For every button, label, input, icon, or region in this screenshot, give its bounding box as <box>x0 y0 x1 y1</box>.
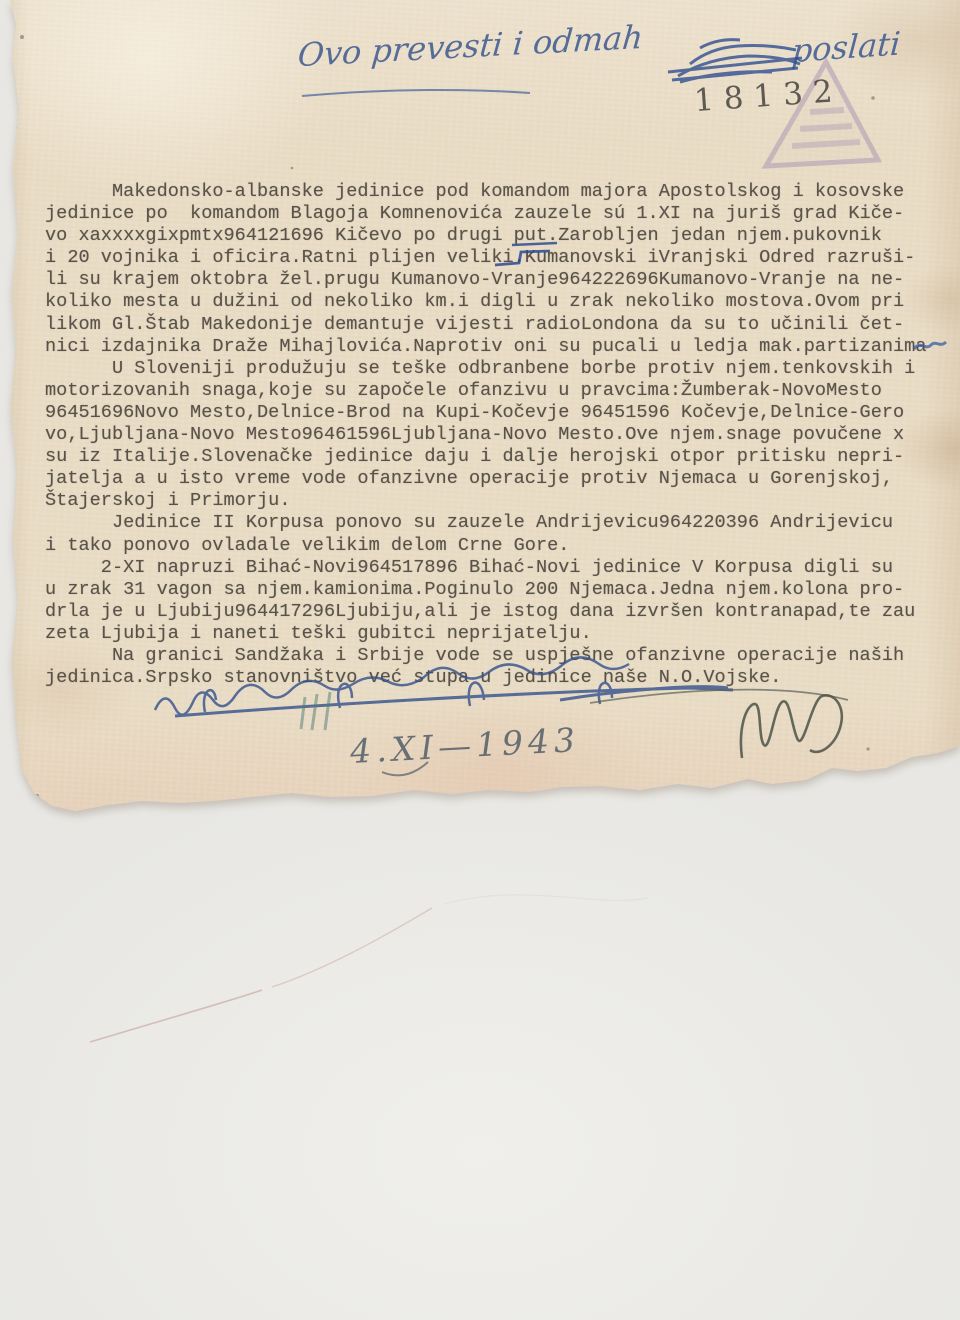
top-annotation-text-right: poslati <box>791 24 902 70</box>
typed-line: jatelja a u isto vreme vode ofanzivne op… <box>45 468 927 490</box>
typed-line: motorizovanih snaga,koje su započele ofa… <box>45 380 927 402</box>
document-sheet-wrap: 18132 Ovo prevesti i odmah poslati Maked… <box>0 0 960 1320</box>
typed-line: u zrak 31 vagon sa njem.kamionima.Poginu… <box>45 579 927 601</box>
typed-line: vo xaxxxxgixpmtx964121696 Kičevo po drug… <box>45 225 927 247</box>
typed-line: jedinica.Srpsko stanovništvo već stupa u… <box>45 667 927 689</box>
typed-line: 96451696Novo Mesto,Delnice-Brod na Kupi-… <box>45 402 927 424</box>
typed-line: Štajerskoj i Primorju. <box>45 490 927 512</box>
signature-flourish <box>590 690 848 758</box>
top-annotation-text-left: Ovo prevesti i odmah <box>296 18 644 74</box>
typed-line: likom Gl.Štab Makedonije demantuje vijes… <box>45 314 927 336</box>
typed-line: 2-XI napruzi Bihać-Novi964517896 Bihać-N… <box>45 557 927 579</box>
typed-line: Jedinice II Korpusa ponovo su zauzele An… <box>45 512 927 534</box>
typed-line: koliko mesta u dužini od nekoliko km.i d… <box>45 291 927 313</box>
typed-line: jedinice po komandom Blagoja Komnenovića… <box>45 203 927 225</box>
typewritten-text: Makedonsko-albanske jedinice pod komando… <box>45 181 927 689</box>
typed-line: su iz Italije.Slovenačke jedinice daju i… <box>45 446 927 468</box>
typed-line: zeta Ljubija i naneti teški gubitci nepr… <box>45 623 927 645</box>
crossout-scribble-top <box>668 40 802 82</box>
typed-line: U Sloveniji produžuju se teške odbranben… <box>45 358 927 380</box>
typed-line: i 20 vojnika i oficira.Ratni plijen veli… <box>45 247 927 269</box>
typed-line: li su krajem oktobra žel.prugu Kumanovo-… <box>45 269 927 291</box>
annotation-underline <box>302 90 530 96</box>
typed-line: Na granici Sandžaka i Srbije vode se usp… <box>45 645 927 667</box>
registry-number-stamp: 18132 <box>693 73 844 119</box>
document-sheet: 18132 Ovo prevesti i odmah poslati Maked… <box>0 0 960 815</box>
typed-line: vo,Ljubljana-Novo Mesto96461596Ljubljana… <box>45 424 927 446</box>
typed-line: drla je u Ljubiju964417296Ljubiju,ali je… <box>45 601 927 623</box>
typed-line: Makedonsko-albanske jedinice pod komando… <box>45 181 927 203</box>
teal-bleed-mark <box>301 692 330 730</box>
typed-line: nici izdajnika Draže Mihajlovića.Naproti… <box>45 336 927 358</box>
date-handwritten: 4.XI—1943 <box>349 720 581 771</box>
typed-line: i tako ponovo ovladale velikim delom Crn… <box>45 535 927 557</box>
